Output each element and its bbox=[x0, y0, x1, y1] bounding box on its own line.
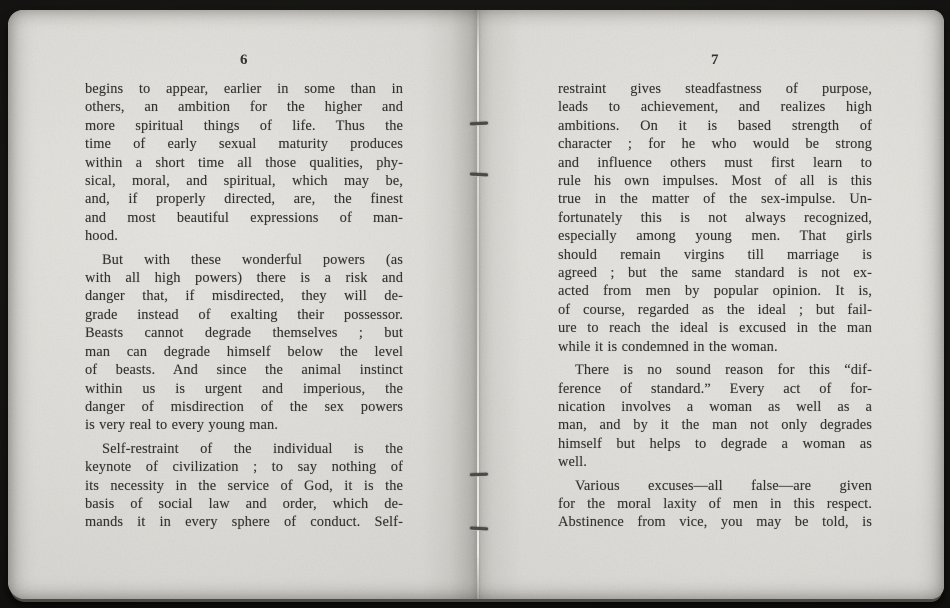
page-text-block: begins to appear, earlier in some than i… bbox=[85, 80, 403, 532]
text-line: ference of standard.” Every act of for- bbox=[558, 380, 872, 398]
text-line: man, and by it the man not only degrades bbox=[558, 416, 872, 434]
text-line: hood. bbox=[85, 227, 403, 245]
text-line: acted from men by popular opinion. It is… bbox=[558, 282, 872, 300]
text-line: restraint gives steadfastness of purpose… bbox=[558, 80, 872, 98]
text-line: grade instead of exalting their possesso… bbox=[85, 306, 403, 324]
text-line: nication involves a woman as well as a bbox=[558, 398, 872, 416]
text-line: danger that, if misdirected, they will d… bbox=[85, 287, 403, 305]
text-line: and, if properly directed, are, the fine… bbox=[85, 190, 403, 208]
text-line: character ; for he who would be strong bbox=[558, 135, 872, 153]
text-line: ambitions. On it is based strength of bbox=[558, 117, 872, 135]
text-line: man can degrade himself below the level bbox=[85, 343, 403, 361]
paragraph: But with these wonderful powers (aswith … bbox=[85, 251, 403, 435]
text-line: should remain virgins till marriage is bbox=[558, 246, 872, 264]
text-line: for the moral laxity of men in this resp… bbox=[558, 495, 872, 513]
text-line: and most beautiful expressions of man- bbox=[85, 209, 403, 227]
book-spread: 6 begins to appear, earlier in some than… bbox=[8, 10, 944, 599]
text-line: mands it in every sphere of conduct. Sel… bbox=[85, 513, 403, 531]
text-line: Self-restraint of the individual is the bbox=[85, 440, 403, 458]
page-right: 7 restraint gives steadfastness of purpo… bbox=[478, 10, 944, 599]
text-line: true in the matter of the sex-impulse. U… bbox=[558, 190, 872, 208]
text-line: begins to appear, earlier in some than i… bbox=[85, 80, 403, 98]
text-line: while it is condemned in the woman. bbox=[558, 338, 872, 356]
text-line: sical, moral, and spiritual, which may b… bbox=[85, 172, 403, 190]
text-line: well. bbox=[558, 453, 872, 471]
text-line: and influence others must first learn to bbox=[558, 154, 872, 172]
text-line: especially among young men. That girls bbox=[558, 227, 872, 245]
text-line: others, an ambition for the higher and bbox=[85, 98, 403, 116]
text-line: with all high powers) there is a risk an… bbox=[85, 269, 403, 287]
paragraph: begins to appear, earlier in some than i… bbox=[85, 80, 403, 246]
page-number: 6 bbox=[85, 52, 403, 69]
paragraph: Self-restraint of the individual is thek… bbox=[85, 440, 403, 532]
text-line: within a short time all those qualities,… bbox=[85, 154, 403, 172]
text-line: Abstinence from vice, you may be told, i… bbox=[558, 513, 872, 531]
text-line: basis of social law and order, which de- bbox=[85, 495, 403, 513]
text-line: within us is urgent and imperious, the bbox=[85, 380, 403, 398]
page-number: 7 bbox=[558, 52, 872, 69]
paragraph: restraint gives steadfastness of purpose… bbox=[558, 80, 872, 356]
scan-background: 6 begins to appear, earlier in some than… bbox=[0, 0, 950, 608]
text-line: leads to achievement, and realizes high bbox=[558, 98, 872, 116]
text-line: danger of misdirection of the sex powers bbox=[85, 398, 403, 416]
text-line: himself but helps to degrade a woman as bbox=[558, 435, 872, 453]
page-left: 6 begins to appear, earlier in some than… bbox=[8, 10, 478, 599]
text-line: Various excuses—all false—are given bbox=[558, 477, 872, 495]
text-line: of course, regarded as the ideal ; but f… bbox=[558, 301, 872, 319]
text-line: Beasts cannot degrade themselves ; but bbox=[85, 324, 403, 342]
text-line: its necessity in the service of God, it … bbox=[85, 477, 403, 495]
text-line: ure to reach the ideal is excused in the… bbox=[558, 319, 872, 337]
text-line: time of early sexual maturity produces bbox=[85, 135, 403, 153]
page-text-block: restraint gives steadfastness of purpose… bbox=[558, 80, 872, 532]
text-line: rule his own impulses. Most of all is th… bbox=[558, 172, 872, 190]
text-line: There is no sound reason for this “dif- bbox=[558, 361, 872, 379]
text-line: agreed ; but the same standard is not ex… bbox=[558, 264, 872, 282]
paragraph: There is no sound reason for this “dif-f… bbox=[558, 361, 872, 471]
text-line: But with these wonderful powers (as bbox=[85, 251, 403, 269]
text-line: of beasts. And since the animal instinct bbox=[85, 361, 403, 379]
paragraph: Various excuses—all false—are givenfor t… bbox=[558, 477, 872, 532]
text-line: more spiritual things of life. Thus the bbox=[85, 117, 403, 135]
text-line: is very real to every young man. bbox=[85, 416, 403, 434]
text-line: fortunately this is not always recognize… bbox=[558, 209, 872, 227]
text-line: keynote of civilization ; to say nothing… bbox=[85, 458, 403, 476]
